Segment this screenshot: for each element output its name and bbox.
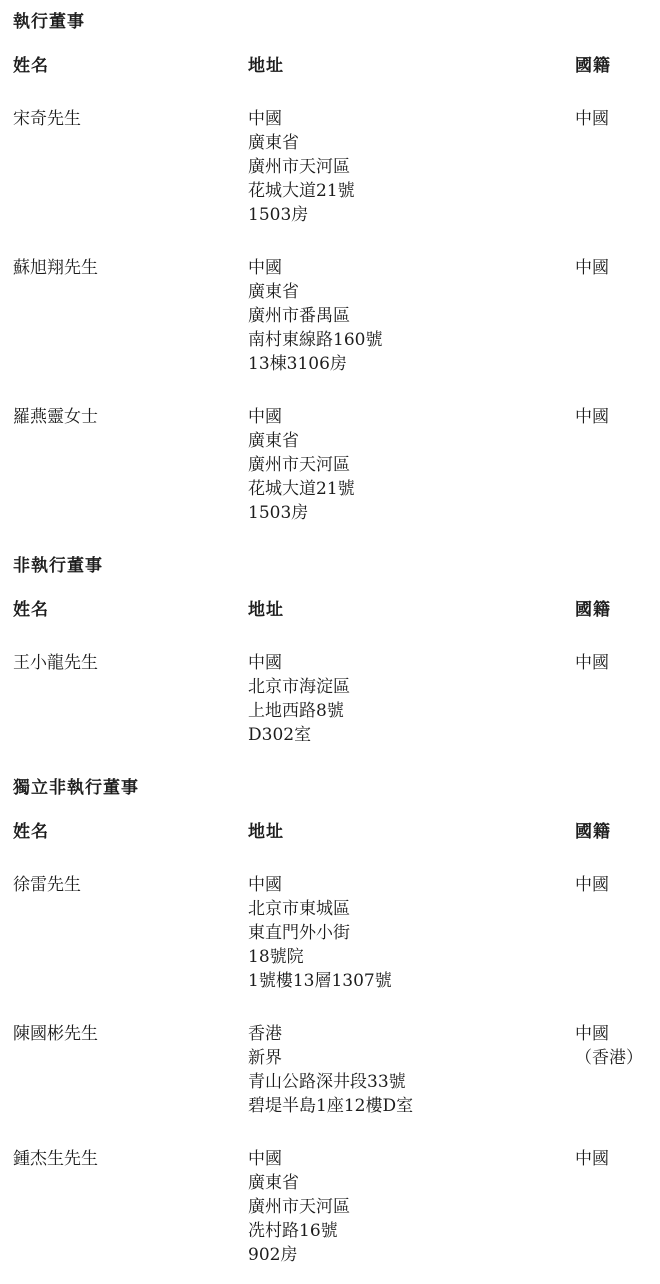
address-line: 廣東省 [248,280,575,304]
address-line: 18號院 [248,945,575,969]
address-line: 新界 [248,1046,575,1070]
director-name: 徐雷先生 [13,873,248,993]
table-row: 蘇旭翔先生 中國廣東省廣州市番禺區南村東線路160號13棟3106房 中國 [13,256,660,376]
director-nationality: 中國（香港） [575,1022,660,1118]
director-name: 鍾杰生先生 [13,1147,248,1267]
director-nationality: 中國 [575,256,660,376]
director-address: 中國廣東省廣州市天河區花城大道21號1503房 [248,405,575,525]
director-name: 陳國彬先生 [13,1022,248,1118]
director-name: 蘇旭翔先生 [13,256,248,376]
address-line: 冼村路16號 [248,1219,575,1243]
address-line: 廣州市天河區 [248,155,575,179]
table-row: 羅燕靈女士 中國廣東省廣州市天河區花城大道21號1503房 中國 [13,405,660,525]
director-section: 非執行董事 姓名 地址 國籍 王小龍先生 中國北京市海淀區上地西路8號D302室… [13,554,660,747]
director-name: 王小龍先生 [13,651,248,747]
nationality-line: 中國 [575,256,660,280]
header-nationality: 國籍 [575,820,660,844]
address-line: 13棟3106房 [248,352,575,376]
address-line: 1503房 [248,203,575,227]
table-row: 徐雷先生 中國北京市東城區東直門外小街18號院1號樓13層1307號 中國 [13,873,660,993]
address-line: 中國 [248,1147,575,1171]
address-line: 902房 [248,1243,575,1267]
director-section: 獨立非執行董事 姓名 地址 國籍 徐雷先生 中國北京市東城區東直門外小街18號院… [13,776,660,1267]
director-address: 中國北京市東城區東直門外小街18號院1號樓13層1307號 [248,873,575,993]
nationality-line: 中國 [575,1147,660,1171]
table-row: 王小龍先生 中國北京市海淀區上地西路8號D302室 中國 [13,651,660,747]
nationality-line: 中國 [575,1022,660,1046]
table-header: 姓名 地址 國籍 [13,54,660,78]
address-line: 北京市海淀區 [248,675,575,699]
director-address: 中國北京市海淀區上地西路8號D302室 [248,651,575,747]
director-address: 香港新界青山公路深井段33號碧堤半島1座12樓D室 [248,1022,575,1118]
director-name: 宋奇先生 [13,107,248,227]
header-name: 姓名 [13,598,248,622]
header-address: 地址 [248,54,575,78]
table-rows: 宋奇先生 中國廣東省廣州市天河區花城大道21號1503房 中國 蘇旭翔先生 中國… [13,107,660,525]
nationality-line: 中國 [575,107,660,131]
address-line: 廣州市天河區 [248,453,575,477]
address-line: 碧堤半島1座12樓D室 [248,1094,575,1118]
section-title: 獨立非執行董事 [13,776,660,800]
address-line: 廣東省 [248,1171,575,1195]
director-nationality: 中國 [575,405,660,525]
address-line: 青山公路深井段33號 [248,1070,575,1094]
address-line: D302室 [248,723,575,747]
address-line: 花城大道21號 [248,477,575,501]
director-nationality: 中國 [575,873,660,993]
address-line: 北京市東城區 [248,897,575,921]
nationality-line: 中國 [575,873,660,897]
table-row: 宋奇先生 中國廣東省廣州市天河區花城大道21號1503房 中國 [13,107,660,227]
header-nationality: 國籍 [575,598,660,622]
table-header: 姓名 地址 國籍 [13,598,660,622]
director-nationality: 中國 [575,651,660,747]
header-name: 姓名 [13,54,248,78]
address-line: 東直門外小街 [248,921,575,945]
address-line: 中國 [248,873,575,897]
director-address: 中國廣東省廣州市番禺區南村東線路160號13棟3106房 [248,256,575,376]
director-name: 羅燕靈女士 [13,405,248,525]
address-line: 花城大道21號 [248,179,575,203]
director-section: 執行董事 姓名 地址 國籍 宋奇先生 中國廣東省廣州市天河區花城大道21號150… [13,10,660,525]
table-rows: 徐雷先生 中國北京市東城區東直門外小街18號院1號樓13層1307號 中國 陳國… [13,873,660,1267]
address-line: 廣東省 [248,131,575,155]
address-line: 中國 [248,405,575,429]
header-name: 姓名 [13,820,248,844]
address-line: 廣東省 [248,429,575,453]
director-address: 中國廣東省廣州市天河區花城大道21號1503房 [248,107,575,227]
address-line: 香港 [248,1022,575,1046]
header-address: 地址 [248,820,575,844]
section-title: 非執行董事 [13,554,660,578]
nationality-line: （香港） [575,1046,660,1070]
director-nationality: 中國 [575,107,660,227]
header-address: 地址 [248,598,575,622]
director-address: 中國廣東省廣州市天河區冼村路16號902房 [248,1147,575,1267]
address-line: 中國 [248,256,575,280]
table-rows: 王小龍先生 中國北京市海淀區上地西路8號D302室 中國 [13,651,660,747]
nationality-line: 中國 [575,651,660,675]
table-header: 姓名 地址 國籍 [13,820,660,844]
table-row: 鍾杰生先生 中國廣東省廣州市天河區冼村路16號902房 中國 [13,1147,660,1267]
address-line: 中國 [248,651,575,675]
header-nationality: 國籍 [575,54,660,78]
address-line: 廣州市天河區 [248,1195,575,1219]
address-line: 1503房 [248,501,575,525]
address-line: 上地西路8號 [248,699,575,723]
address-line: 1號樓13層1307號 [248,969,575,993]
address-line: 廣州市番禺區 [248,304,575,328]
section-title: 執行董事 [13,10,660,34]
nationality-line: 中國 [575,405,660,429]
address-line: 中國 [248,107,575,131]
directors-document: 執行董事 姓名 地址 國籍 宋奇先生 中國廣東省廣州市天河區花城大道21號150… [0,0,660,1267]
address-line: 南村東線路160號 [248,328,575,352]
table-row: 陳國彬先生 香港新界青山公路深井段33號碧堤半島1座12樓D室 中國（香港） [13,1022,660,1118]
director-nationality: 中國 [575,1147,660,1267]
